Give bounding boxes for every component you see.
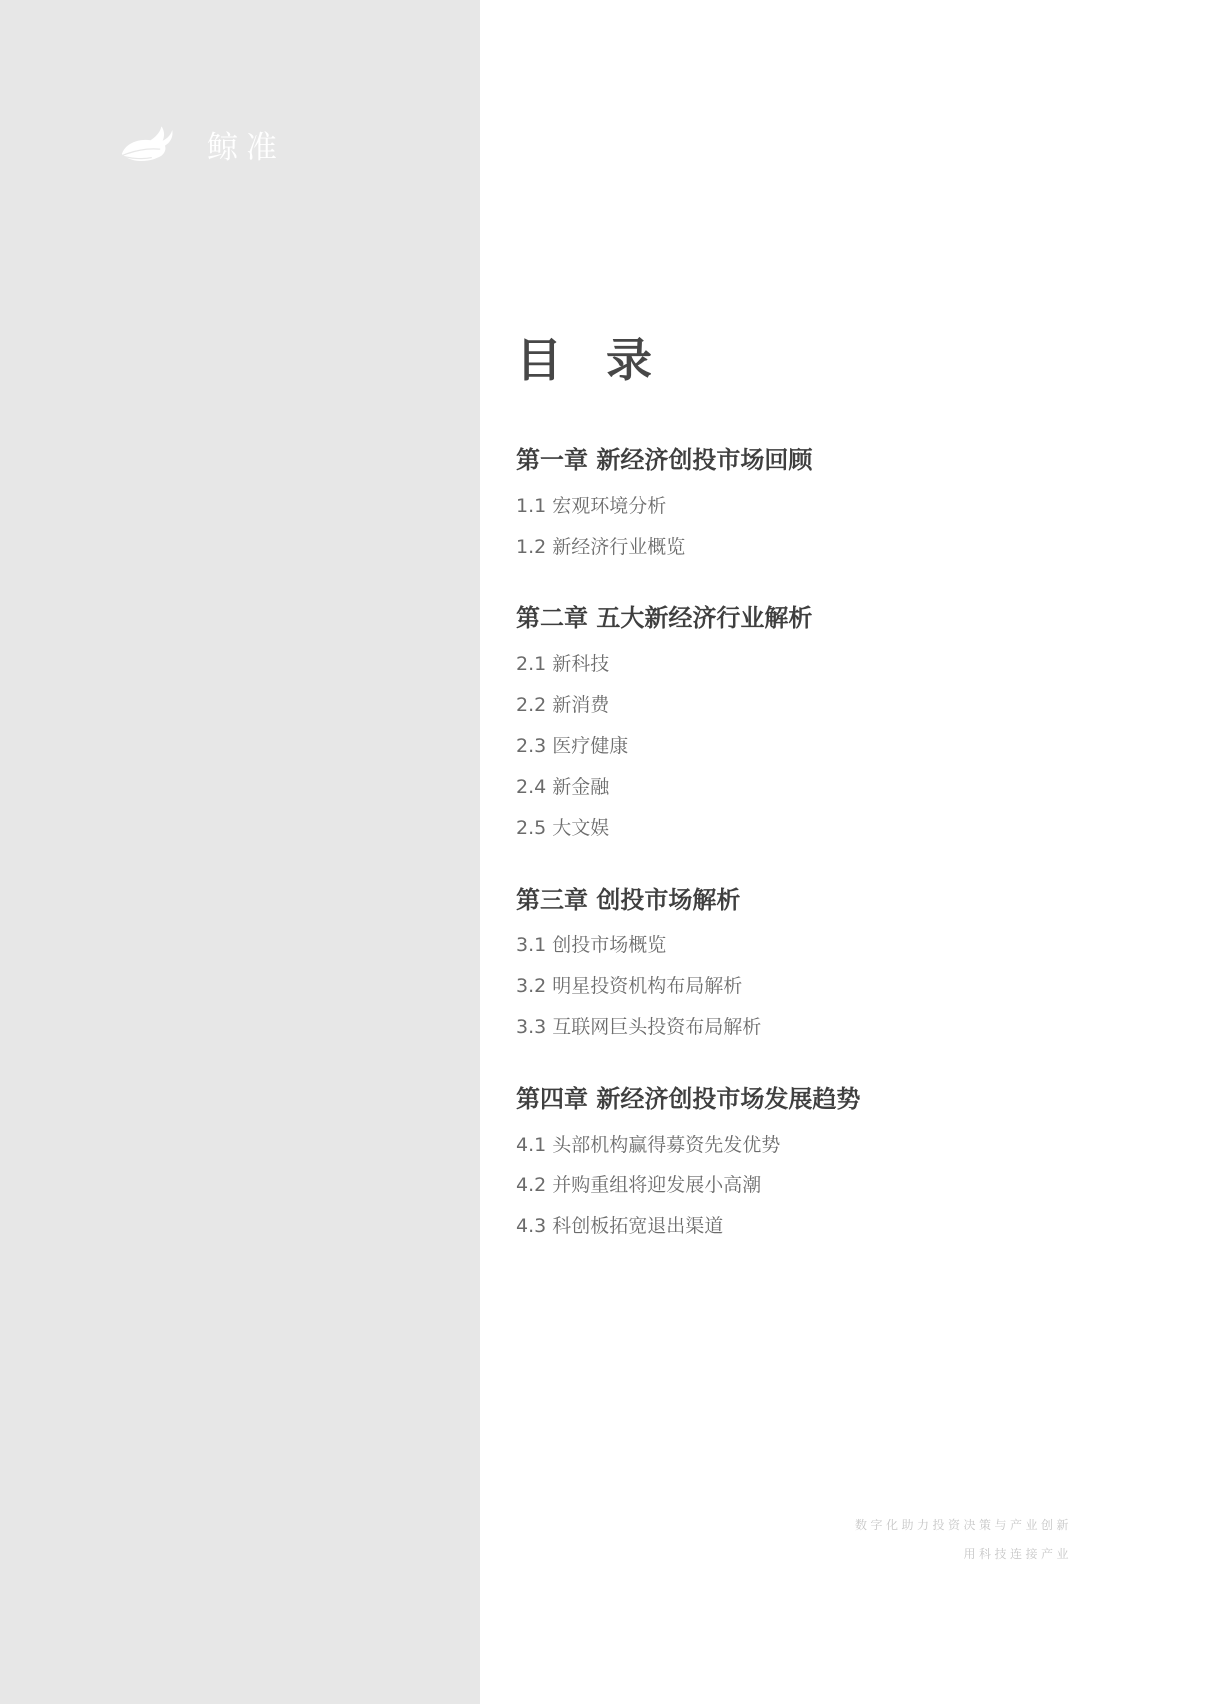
toc-item: 2.2 新消费 (516, 695, 1136, 717)
footer-tagline-line2: 用科技连接产业 (855, 1548, 1072, 1560)
toc-item: 1.2 新经济行业概览 (516, 537, 1136, 559)
toc-item: 4.3 科创板拓宽退出渠道 (516, 1216, 1136, 1238)
footer-tagline: 数字化助力投资决策与产业创新 用科技连接产业 (855, 1519, 1072, 1560)
brand-logo: 鲸准 (117, 122, 285, 174)
table-of-contents: 第一章 新经济创投市场回顾 1.1 宏观环境分析 1.2 新经济行业概览 第二章… (516, 446, 1136, 1238)
toc-item: 3.3 互联网巨头投资布局解析 (516, 1017, 1136, 1039)
chapter-heading: 第二章 五大新经济行业解析 (516, 604, 1136, 633)
toc-item: 2.3 医疗健康 (516, 736, 1136, 758)
content-page: 目 录 第一章 新经济创投市场回顾 1.1 宏观环境分析 1.2 新经济行业概览… (480, 0, 1206, 1704)
chapter-section-1: 第一章 新经济创投市场回顾 1.1 宏观环境分析 1.2 新经济行业概览 (516, 446, 1136, 558)
toc-item: 1.1 宏观环境分析 (516, 496, 1136, 518)
chapter-heading: 第四章 新经济创投市场发展趋势 (516, 1085, 1136, 1114)
toc-item: 3.1 创投市场概览 (516, 935, 1136, 957)
page-title: 目 录 (516, 333, 666, 388)
toc-item: 3.2 明星投资机构布局解析 (516, 976, 1136, 998)
brand-name: 鲸准 (207, 133, 285, 164)
footer-tagline-line1: 数字化助力投资决策与产业创新 (855, 1519, 1072, 1531)
sidebar-panel: 鲸准 (0, 0, 480, 1704)
chapter-heading: 第一章 新经济创投市场回顾 (516, 446, 1136, 475)
chapter-section-4: 第四章 新经济创投市场发展趋势 4.1 头部机构赢得募资先发优势 4.2 并购重… (516, 1085, 1136, 1238)
toc-item: 2.5 大文娱 (516, 818, 1136, 840)
toc-item: 2.4 新金融 (516, 777, 1136, 799)
toc-item: 4.1 头部机构赢得募资先发优势 (516, 1135, 1136, 1157)
chapter-heading: 第三章 创投市场解析 (516, 886, 1136, 915)
chapter-section-2: 第二章 五大新经济行业解析 2.1 新科技 2.2 新消费 2.3 医疗健康 2… (516, 604, 1136, 839)
chapter-section-3: 第三章 创投市场解析 3.1 创投市场概览 3.2 明星投资机构布局解析 3.3… (516, 886, 1136, 1039)
toc-item: 2.1 新科技 (516, 654, 1136, 676)
whale-icon (117, 122, 189, 174)
toc-item: 4.2 并购重组将迎发展小高潮 (516, 1175, 1136, 1197)
